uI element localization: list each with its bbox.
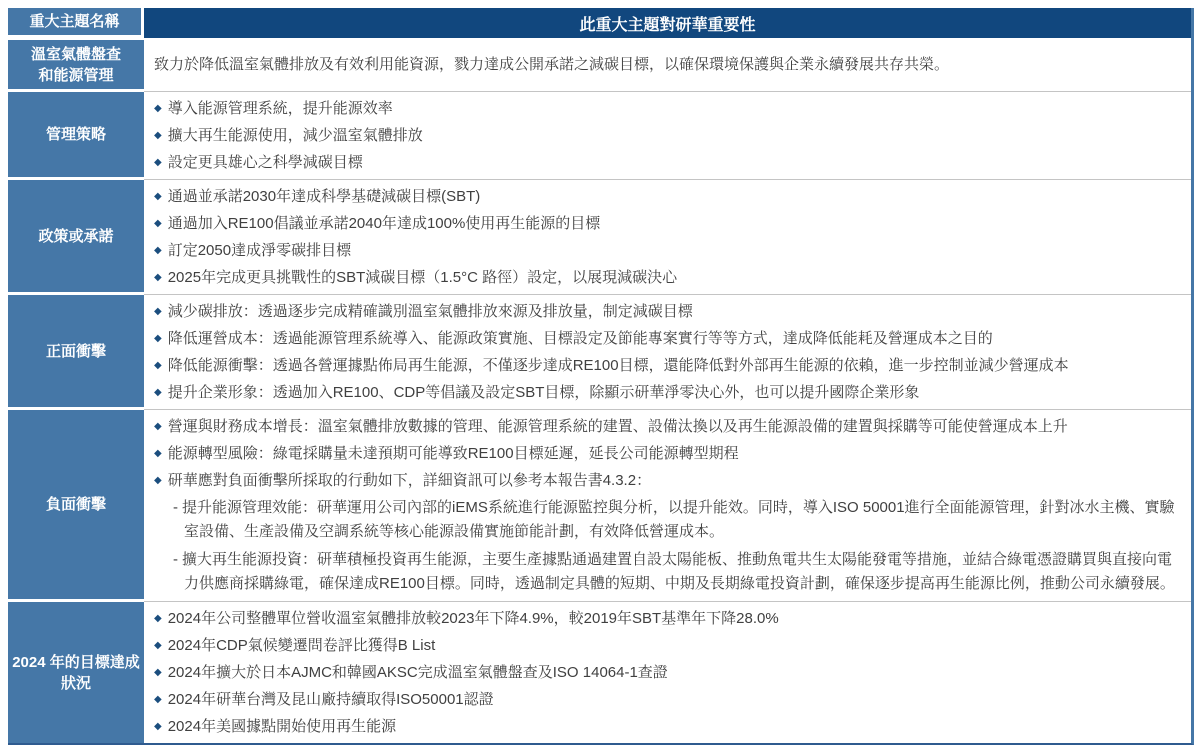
bullet-item: ◆2024年擴大於日本AJMC和韓國AKSC完成溫室氣體盤查及ISO 14064… bbox=[154, 659, 1181, 686]
diamond-bullet-icon: ◆ bbox=[154, 635, 162, 656]
diamond-bullet-icon: ◆ bbox=[154, 443, 162, 464]
bullet-item: ◆訂定2050達成淨零碳排目標 bbox=[154, 237, 1181, 264]
diamond-bullet-icon: ◆ bbox=[154, 716, 162, 724]
diamond-bullet-icon: ◆ bbox=[154, 213, 162, 234]
bullet-item: ◆研華應對負面衝擊所採取的行動如下，詳細資訊可以參考本報告書4.3.2： bbox=[154, 467, 1181, 494]
table-row-policy-or-commitment: 政策或承諾◆通過並承諾2030年達成科學基礎減碳目標(SBT)◆通過加入RE10… bbox=[8, 180, 1191, 295]
bullet-item: ◆通過並承諾2030年達成科學基礎減碳目標(SBT) bbox=[154, 183, 1181, 210]
bullet-text: 2024年CDP氣候變遷問卷評比獲得B List bbox=[168, 635, 436, 656]
diamond-bullet-icon: ◆ bbox=[154, 267, 162, 288]
content-cell-policy-or-commitment: ◆通過並承諾2030年達成科學基礎減碳目標(SBT)◆通過加入RE100倡議並承… bbox=[144, 180, 1191, 295]
topic-cell-management-strategy: 管理策略 bbox=[8, 92, 144, 180]
bullet-text: 通過加入RE100倡議並承諾2040年達成100%使用再生能源的目標 bbox=[168, 213, 601, 234]
bullet-item: ◆2024年公司整體單位營收溫室氣體排放較2023年下降4.9%，較2019年S… bbox=[154, 605, 1181, 632]
bullet-text: 2024年美國據點開始使用再生能源 bbox=[168, 716, 396, 724]
diamond-bullet-icon: ◆ bbox=[154, 382, 162, 403]
diamond-bullet-icon: ◆ bbox=[154, 301, 162, 322]
bullet-text: 2024年研華台灣及昆山廠持續取得ISO50001認證 bbox=[168, 689, 494, 710]
topic-cell-2024-goal-achievement-status: 2024 年的目標達成狀況 bbox=[8, 602, 144, 724]
topic-label: 負面衝擊 bbox=[46, 494, 106, 515]
diamond-bullet-icon: ◆ bbox=[154, 240, 162, 261]
bullet-text: 通過並承諾2030年達成科學基礎減碳目標(SBT) bbox=[168, 186, 481, 207]
table-row-2024-goal-achievement-status: 2024 年的目標達成狀況◆2024年公司整體單位營收溫室氣體排放較2023年下… bbox=[8, 602, 1191, 724]
topic-label: 政策或承諾 bbox=[38, 226, 113, 247]
dash-bullet-icon: - bbox=[173, 551, 178, 568]
topic-cell-ghg-inventory-and-energy-management: 溫室氣體盤查和能源管理 bbox=[8, 38, 144, 92]
topic-cell-positive-impact: 正面衝擊 bbox=[8, 295, 144, 410]
bullet-text: 2024年擴大於日本AJMC和韓國AKSC完成溫室氣體盤查及ISO 14064-… bbox=[168, 662, 668, 683]
topic-cell-policy-or-commitment: 政策或承諾 bbox=[8, 180, 144, 295]
diamond-bullet-icon: ◆ bbox=[154, 186, 162, 207]
diamond-bullet-icon: ◆ bbox=[154, 152, 162, 173]
bullet-item: ◆降低能源衝擊：透過各營運據點佈局再生能源，不僅逐步達成RE100目標，還能降低… bbox=[154, 352, 1181, 379]
topic-label: 和能源管理 bbox=[38, 65, 113, 86]
sub-bullet-text: 提升能源管理效能：研華運用公司內部的iEMS系統進行能源監控與分析，以提升能效。… bbox=[182, 499, 1175, 540]
bullet-text: 導入能源管理系統，提升能源效率 bbox=[168, 98, 393, 119]
content-cell-ghg-inventory-and-energy-management: 致力於降低溫室氣體排放及有效利用能資源，戮力達成公開承諾之減碳目標，以確保環境保… bbox=[144, 38, 1191, 92]
topic-cell-negative-impact: 負面衝擊 bbox=[8, 410, 144, 602]
bullet-text: 提升企業形象：透過加入RE100、CDP等倡議及設定SBT目標，除顯示研華淨零決… bbox=[168, 382, 920, 403]
topic-label: 正面衝擊 bbox=[46, 341, 106, 362]
diamond-bullet-icon: ◆ bbox=[154, 416, 162, 437]
bullet-text: 2025年完成更具挑戰性的SBT減碳目標（1.5°C 路徑）設定，以展現減碳決心 bbox=[168, 267, 677, 288]
diamond-bullet-icon: ◆ bbox=[154, 125, 162, 146]
bullet-text: 2024年公司整體單位營收溫室氣體排放較2023年下降4.9%，較2019年SB… bbox=[168, 608, 779, 629]
bullet-item: ◆2024年美國據點開始使用再生能源 bbox=[154, 713, 1181, 724]
content-cell-positive-impact: ◆減少碳排放：透過逐步完成精確識別溫室氣體排放來源及排放量，制定減碳目標◆降低運… bbox=[144, 295, 1191, 410]
topic-label: 2024 年的目標達成 bbox=[12, 652, 140, 673]
bullet-item: ◆提升企業形象：透過加入RE100、CDP等倡議及設定SBT目標，除顯示研華淨零… bbox=[154, 379, 1181, 406]
description-text: 致力於降低溫室氣體排放及有效利用能資源，戮力達成公開承諾之減碳目標，以確保環境保… bbox=[154, 54, 1181, 75]
bullet-text: 降低運營成本：透過能源管理系統導入、能源政策實施、目標設定及節能專案實行等等方式… bbox=[168, 328, 993, 349]
table-header-row: 重大主題名稱 此重大主題對研華重要性 bbox=[8, 8, 1191, 38]
table-body: 溫室氣體盤查和能源管理致力於降低溫室氣體排放及有效利用能資源，戮力達成公開承諾之… bbox=[8, 38, 1191, 724]
bullet-text: 減少碳排放：透過逐步完成精確識別溫室氣體排放來源及排放量，制定減碳目標 bbox=[168, 301, 693, 322]
diamond-bullet-icon: ◆ bbox=[154, 328, 162, 349]
bullet-text: 設定更具雄心之科學減碳目標 bbox=[168, 152, 363, 173]
dash-bullet-icon: - bbox=[173, 499, 178, 516]
table-row-negative-impact: 負面衝擊◆營運與財務成本增長：溫室氣體排放數據的管理、能源管理系統的建置、設備汰… bbox=[8, 410, 1191, 602]
bullet-item: ◆設定更具雄心之科學減碳目標 bbox=[154, 149, 1181, 176]
bullet-text: 訂定2050達成淨零碳排目標 bbox=[168, 240, 351, 261]
bullet-text: 能源轉型風險：綠電採購量未達預期可能導致RE100目標延遲，延長公司能源轉型期程 bbox=[168, 443, 739, 464]
bullet-text: 降低能源衝擊：透過各營運據點佈局再生能源，不僅逐步達成RE100目標，還能降低對… bbox=[168, 355, 1069, 376]
diamond-bullet-icon: ◆ bbox=[154, 608, 162, 629]
diamond-bullet-icon: ◆ bbox=[154, 470, 162, 491]
header-importance-cell: 此重大主題對研華重要性 bbox=[144, 8, 1191, 38]
bullet-item: ◆減少碳排放：透過逐步完成精確識別溫室氣體排放來源及排放量，制定減碳目標 bbox=[154, 298, 1181, 325]
content-cell-2024-goal-achievement-status: ◆2024年公司整體單位營收溫室氣體排放較2023年下降4.9%，較2019年S… bbox=[144, 602, 1191, 724]
materiality-table: 重大主題名稱 此重大主題對研華重要性 溫室氣體盤查和能源管理致力於降低溫室氣體排… bbox=[8, 8, 1194, 724]
table-row-ghg-inventory-and-energy-management: 溫室氣體盤查和能源管理致力於降低溫室氣體排放及有效利用能資源，戮力達成公開承諾之… bbox=[8, 38, 1191, 92]
table-row-positive-impact: 正面衝擊◆減少碳排放：透過逐步完成精確識別溫室氣體排放來源及排放量，制定減碳目標… bbox=[8, 295, 1191, 410]
bullet-item: ◆能源轉型風險：綠電採購量未達預期可能導致RE100目標延遲，延長公司能源轉型期… bbox=[154, 440, 1181, 467]
table-row-management-strategy: 管理策略◆導入能源管理系統，提升能源效率◆擴大再生能源使用，減少溫室氣體排放◆設… bbox=[8, 92, 1191, 180]
header-topic-name-cell: 重大主題名稱 bbox=[8, 8, 144, 38]
bullet-item: ◆降低運營成本：透過能源管理系統導入、能源政策實施、目標設定及節能專案實行等等方… bbox=[154, 325, 1181, 352]
topic-label: 溫室氣體盤查 bbox=[31, 44, 121, 65]
bullet-text: 研華應對負面衝擊所採取的行動如下，詳細資訊可以參考本報告書4.3.2： bbox=[168, 470, 651, 491]
bullet-item: ◆擴大再生能源使用，減少溫室氣體排放 bbox=[154, 122, 1181, 149]
bullet-item: ◆導入能源管理系統，提升能源效率 bbox=[154, 95, 1181, 122]
bullet-item: ◆2025年完成更具挑戰性的SBT減碳目標（1.5°C 路徑）設定，以展現減碳決… bbox=[154, 264, 1181, 291]
diamond-bullet-icon: ◆ bbox=[154, 689, 162, 710]
bullet-item: ◆通過加入RE100倡議並承諾2040年達成100%使用再生能源的目標 bbox=[154, 210, 1181, 237]
topic-label: 管理策略 bbox=[46, 124, 106, 145]
content-cell-negative-impact: ◆營運與財務成本增長：溫室氣體排放數據的管理、能源管理系統的建置、設備汰換以及再… bbox=[144, 410, 1191, 602]
sub-bullet-item: -提升能源管理效能：研華運用公司內部的iEMS系統進行能源監控與分析，以提升能效… bbox=[154, 494, 1181, 546]
diamond-bullet-icon: ◆ bbox=[154, 98, 162, 119]
sub-bullet-item: -擴大再生能源投資：研華積極投資再生能源，主要生產據點通過建置自設太陽能板、推動… bbox=[154, 546, 1181, 598]
sub-bullet-text: 擴大再生能源投資：研華積極投資再生能源，主要生產據點通過建置自設太陽能板、推動魚… bbox=[182, 551, 1175, 592]
topic-label: 狀況 bbox=[61, 673, 91, 694]
bullet-text: 營運與財務成本增長：溫室氣體排放數據的管理、能源管理系統的建置、設備汰換以及再生… bbox=[168, 416, 1068, 437]
diamond-bullet-icon: ◆ bbox=[154, 662, 162, 683]
diamond-bullet-icon: ◆ bbox=[154, 355, 162, 376]
bullet-item: ◆2024年CDP氣候變遷問卷評比獲得B List bbox=[154, 632, 1181, 659]
bullet-item: ◆2024年研華台灣及昆山廠持續取得ISO50001認證 bbox=[154, 686, 1181, 713]
bullet-text: 擴大再生能源使用，減少溫室氣體排放 bbox=[168, 125, 423, 146]
bullet-item: ◆營運與財務成本增長：溫室氣體排放數據的管理、能源管理系統的建置、設備汰換以及再… bbox=[154, 413, 1181, 440]
content-cell-management-strategy: ◆導入能源管理系統，提升能源效率◆擴大再生能源使用，減少溫室氣體排放◆設定更具雄… bbox=[144, 92, 1191, 180]
